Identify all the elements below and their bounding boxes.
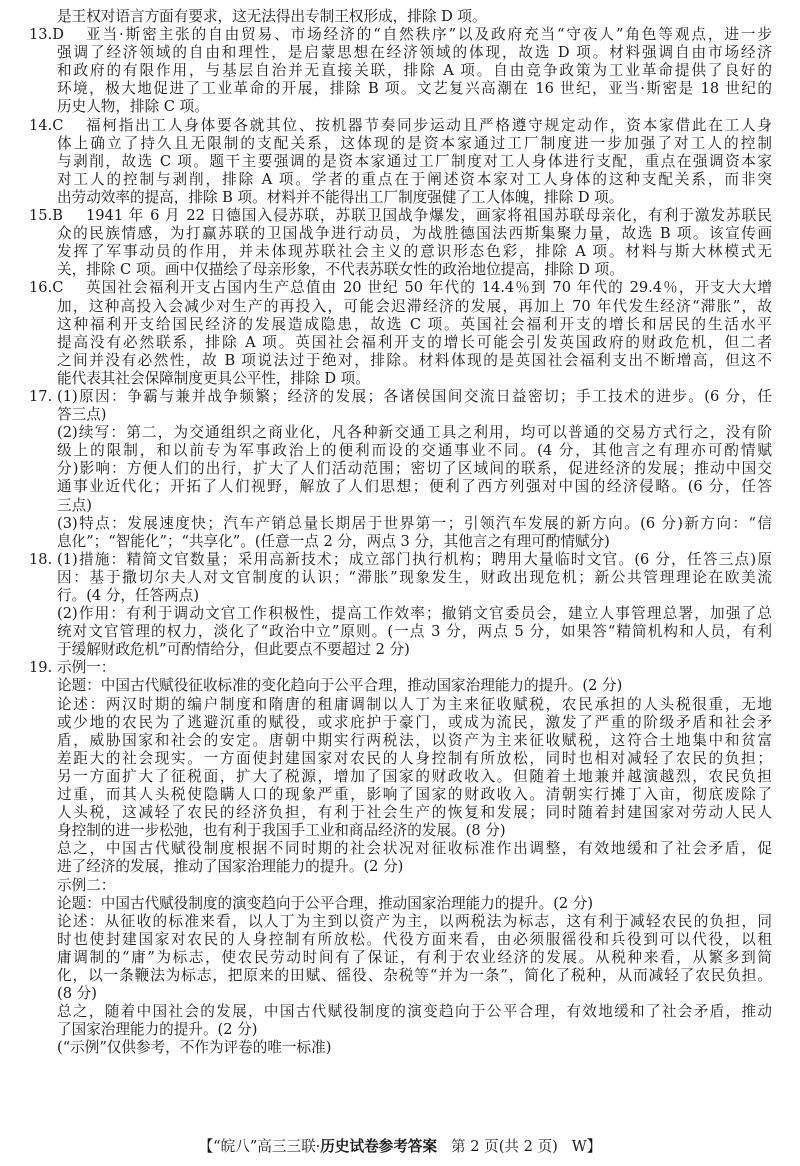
- line-text: 于缓解财政危机”可酌情给分，但此要点不要超过 2 分): [57, 641, 772, 659]
- line-text: 身控制的进一步松弛，也有利于我国手工业和商品经济的发展。(8 分): [57, 822, 772, 840]
- text-line: (“示例”仅供参考，不作为评卷的唯一标准): [0, 1039, 800, 1057]
- line-text: (8 分): [57, 985, 772, 1003]
- line-text: 体上确立了持久且无限制的支配关系，这体现的是资本家通过工厂制度进一步加强了对工人…: [57, 135, 772, 153]
- text-line: 于缓解财政危机”可酌情给分，但此要点不要超过 2 分): [0, 641, 800, 659]
- footer-doc-title: 历史试卷参考答案: [320, 1138, 437, 1155]
- line-text: 环境，极大地促进了工业革命的开展，排除 B 项。文艺复兴高潮在 16 世纪，亚当…: [57, 80, 772, 98]
- text-line: 总之，随着中国社会的发展，中国古代赋役制度的演变趋向于公平合理，有效地缓和了社会…: [0, 1003, 800, 1021]
- line-text: 之间并没有必然性，故 B 项说法过于绝对，排除。材料体现的是英国社会福利支出不断…: [57, 352, 772, 370]
- line-text: 对工人的控制与剥削，排除 A 项。学者的重点在于阐述资本家对工人身体的这种支配关…: [57, 171, 772, 189]
- line-text: 总之，中国古代赋役制度根据不同时期的社会状况对征收标准作出调整，有效地缓和了社会…: [57, 840, 772, 858]
- line-text: 示例一：: [57, 659, 772, 677]
- question-number: 17.: [29, 388, 52, 406]
- text-line: 出劳动效率的提高，排除 B 项。材料并不能得出工厂制度强健了工人体魄，排除 D …: [0, 189, 800, 207]
- text-line: 统对文官管理的权力，淡化了“政治中立”原则。(一点 3 分，两点 5 分，如果答…: [0, 623, 800, 641]
- line-text: 论题：中国古代赋役征收标准的变化趋向于公平合理，推动国家治理能力的提升。(2 分…: [57, 677, 772, 695]
- text-line: 通事业近代化；开拓了人们视野，解放了人们思想；便利了西方列强对中国的经济侵略。(…: [0, 478, 800, 496]
- text-line: 行。(4 分，任答两点): [0, 587, 800, 605]
- text-line: 过重，而其人头税使隐瞒人口的现象严重，影响了国家的财政收入。清朝实行摊丁入亩，彻…: [0, 786, 800, 804]
- text-line: 因：基于撒切尔夫人对文官制度的认识；“滞胀”现象发生，财政出现危机；新公共管理理…: [0, 569, 800, 587]
- text-line: 能代表其社会保障制度更具公平性，排除 D 项。: [0, 370, 800, 388]
- text-line: 论述：从征收的标准来看，以人丁为主到以资产为主，以两税法为标志，这有利于减轻农民…: [0, 913, 800, 931]
- line-text: (3)特点：发展速度快；汽车产销总量长期居于世界第一；引领汽车发展的新方向。(6…: [57, 515, 772, 533]
- question-number: 19.: [29, 659, 52, 677]
- line-text: 分)影响：方便人们的出行，扩大了人们活动范围；密切了区域间的联系，促进经济的发展…: [57, 460, 772, 478]
- line-text: (1)原因：争霸与兼并战争频繁；经济的发展；各诸侯国间交流日益密切；手工技术的进…: [57, 388, 772, 406]
- answer-item-start: 17.(1)原因：争霸与兼并战争频繁；经济的发展；各诸侯国间交流日益密切；手工技…: [0, 388, 800, 406]
- line-text: 人头税，这减轻了农民的经济负担，有利于社会生产的恢复和发展；同时随着封建国家对劳…: [57, 804, 772, 822]
- line-text: (2)续写：第二，为交通组织之商业化，凡各种新交通工具之利用，均可以普通的交易方…: [57, 424, 772, 442]
- question-number: 18.: [29, 551, 52, 569]
- line-text: 和政府的有限作用，与基层自治并无直接关联，排除 A 项。自由竞争政策为工业革命提…: [57, 62, 772, 80]
- line-text: 通事业近代化；开拓了人们视野，解放了人们思想；便利了西方列强对中国的经济侵略。(…: [57, 478, 772, 496]
- line-text: 关，排除 C 项。画中仅描绘了母亲形象，不代表苏联女性的政治地位提高，排除 D …: [57, 261, 772, 279]
- line-text: 加，这种高投入会减少对生产的再投入，可能会迟滞经济的发展，再加上 70 年代发生…: [57, 298, 772, 316]
- text-line: 或少地的农民为了逃避沉重的赋役，或求庇护于豪门，或成为流民，激发了严重的阶级矛盾…: [0, 714, 800, 732]
- line-text: 时也使封建国家对农民的人身控制有所放松。代役方面来看，由必须服徭役和兵役到可以代…: [57, 931, 772, 949]
- line-text: (1)措施：精简文官数量；采用高新技术；成立部门执行机构；聘用大量临时文官。(6…: [57, 551, 772, 569]
- text-line: 论题：中国古代赋役征收标准的变化趋向于公平合理，推动国家治理能力的提升。(2 分…: [0, 677, 800, 695]
- text-line: 历史人物，排除 C 项。: [0, 98, 800, 116]
- line-text: 三点): [57, 497, 772, 515]
- line-text: 1941 年 6 月 22 日德国入侵苏联，苏联卫国战争爆发，画家将祖国苏联母亲…: [86, 207, 772, 225]
- line-text: 总之，随着中国社会的发展，中国古代赋役制度的演变趋向于公平合理，有效地缓和了社会…: [57, 1003, 772, 1021]
- line-text: (“示例”仅供参考，不作为评卷的唯一标准): [57, 1039, 772, 1057]
- text-line: 是王权对语言方面有要求，这无法得出专制王权形成，排除 D 项。: [0, 8, 800, 26]
- line-text: 是王权对语言方面有要求，这无法得出专制王权形成，排除 D 项。: [57, 8, 772, 26]
- answer-item-start: 15.B1941 年 6 月 22 日德国入侵苏联，苏联卫国战争爆发，画家将祖国…: [0, 207, 800, 225]
- answer-key-body: 是王权对语言方面有要求，这无法得出专制王权形成，排除 D 项。13.D亚当·斯密…: [0, 8, 800, 1057]
- text-line: 人头税，这减轻了农民的经济负担，有利于社会生产的恢复和发展；同时随着封建国家对劳…: [0, 804, 800, 822]
- line-text: 出劳动效率的提高，排除 B 项。材料并不能得出工厂制度强健了工人体魄，排除 D …: [57, 189, 772, 207]
- line-text: 发挥了军事动员的作用，并未体现苏联社会主义的意识形态色彩，排除 A 项。材料与斯…: [57, 243, 772, 261]
- text-line: 对工人的控制与剥削，排除 A 项。学者的重点在于阐述资本家对工人身体的这种支配关…: [0, 171, 800, 189]
- text-line: 体上确立了持久且无限制的支配关系，这体现的是资本家通过工厂制度进一步加强了对工人…: [0, 135, 800, 153]
- line-text: 众的民族情感，为打赢苏联的卫国战争进行动员，为战胜德国法西斯集聚力量，故选 B …: [57, 225, 772, 243]
- text-line: 这种福利开支给国民经济的发展造成隐患，故选 C 项。英国社会福利开支的增长和居民…: [0, 316, 800, 334]
- text-line: 差距大的社会现实。一方面使封建国家对农民的人身控制有所放松，同时也相对减轻了农民…: [0, 750, 800, 768]
- answer-item-start: 19.示例一：: [0, 659, 800, 677]
- text-line: 总之，中国古代赋役制度根据不同时期的社会状况对征收标准作出调整，有效地缓和了社会…: [0, 840, 800, 858]
- footer-page-number: 第 2 页(共 2 页): [451, 1138, 558, 1155]
- line-text: 答三点): [57, 406, 772, 424]
- text-line: 和政府的有限作用，与基层自治并无直接关联，排除 A 项。自由竞争政策为工业革命提…: [0, 62, 800, 80]
- line-text: (2)作用：有利于调动文官工作积极性，提高工作效率；撤销文官委员会，建立人事管理…: [57, 605, 772, 623]
- text-line: 示例二：: [0, 877, 800, 895]
- text-line: (8 分): [0, 985, 800, 1003]
- line-text: 福柯指出工人身体要各就其位、按机器节奏同步运动且严格遵守规定动作，资本家借此在工…: [86, 117, 772, 135]
- line-text: 与剥削，故选 C 项。题干主要强调的是资本家通过工厂制度对工人身体进行支配，重点…: [57, 153, 772, 171]
- question-number: 14.C: [29, 117, 63, 135]
- line-text: 了国家治理能力的提升。(2 分): [57, 1021, 772, 1039]
- line-text: 英国社会福利开支占国内生产总值由 20 世纪 50 年代的 14.4％到 70 …: [86, 279, 772, 297]
- text-line: 另一方面扩大了征税面，扩大了税源，增加了国家的财政收入。但随着土地兼并越演越烈，…: [0, 768, 800, 786]
- line-text: 历史人物，排除 C 项。: [57, 98, 772, 116]
- line-text: 论述：两汉时期的编户制度和隋唐的租庸调制以人丁为主来征收赋税，农民承担的人头税很…: [57, 696, 772, 714]
- line-text: 因：基于撒切尔夫人对文官制度的认识；“滞胀”现象发生，财政出现危机；新公共管理理…: [57, 569, 772, 587]
- text-line: 之间并没有必然性，故 B 项说法过于绝对，排除。材料体现的是英国社会福利支出不断…: [0, 352, 800, 370]
- line-text: 庸调制的“庸”为标志，使农民劳动时间有了保证，有利于农业经济的发展。从税种来看，…: [57, 949, 772, 967]
- line-text: 示例二：: [57, 877, 772, 895]
- question-number: 16.C: [29, 279, 63, 297]
- text-line: 时也使封建国家对农民的人身控制有所放松。代役方面来看，由必须服徭役和兵役到可以代…: [0, 931, 800, 949]
- answer-item-start: 18.(1)措施：精简文官数量；采用高新技术；成立部门执行机构；聘用大量临时文官…: [0, 551, 800, 569]
- line-text: 论述：从征收的标准来看，以人丁为主到以资产为主，以两税法为标志，这有利于减轻农民…: [57, 913, 772, 931]
- text-line: 强调了经济领域的自由和理性，是启蒙思想在经济领域的体现，故选 D 项。材料强调自…: [0, 44, 800, 62]
- text-line: 了国家治理能力的提升。(2 分): [0, 1021, 800, 1039]
- line-text: 或少地的农民为了逃避沉重的赋役，或求庇护于豪门，或成为流民，激发了严重的阶级矛盾…: [57, 714, 772, 732]
- answer-item-start: 16.C英国社会福利开支占国内生产总值由 20 世纪 50 年代的 14.4％到…: [0, 279, 800, 297]
- text-line: 分)影响：方便人们的出行，扩大了人们活动范围；密切了区域间的联系，促进经济的发展…: [0, 460, 800, 478]
- text-line: 众的民族情感，为打赢苏联的卫国战争进行动员，为战胜德国法西斯集聚力量，故选 B …: [0, 225, 800, 243]
- question-number: 13.D: [29, 26, 64, 44]
- line-text: 级上的限制，和以前专为军事政治上的便利而设的交通事业不同。(4 分，其他言之有理…: [57, 442, 772, 460]
- line-text: 能代表其社会保障制度更具公平性，排除 D 项。: [57, 370, 772, 388]
- line-text: 行。(4 分，任答两点): [57, 587, 772, 605]
- text-line: 级上的限制，和以前专为军事政治上的便利而设的交通事业不同。(4 分，其他言之有理…: [0, 442, 800, 460]
- line-text: 另一方面扩大了征税面，扩大了税源，增加了国家的财政收入。但随着土地兼并越演越烈，…: [57, 768, 772, 786]
- line-text: 化，以一条鞭法为标志，把原来的田赋、徭役、杂税等“并为一条”，简化了税种，从而减…: [57, 967, 772, 985]
- text-line: 身控制的进一步松弛，也有利于我国手工业和商品经济的发展。(8 分): [0, 822, 800, 840]
- footer-code: W】: [572, 1138, 602, 1155]
- text-line: 化，以一条鞭法为标志，把原来的田赋、徭役、杂税等“并为一条”，简化了税种，从而减…: [0, 967, 800, 985]
- text-line: 发挥了军事动员的作用，并未体现苏联社会主义的意识形态色彩，排除 A 项。材料与斯…: [0, 243, 800, 261]
- line-text: 论题：中国古代赋役制度的演变趋向于公平合理，推动国家治理能力的提升。(2 分): [57, 895, 772, 913]
- page-footer: 【“皖八”高三三联·历史试卷参考答案 第 2 页(共 2 页) W】: [0, 1135, 800, 1156]
- line-text: 提高没有必然联系，排除 A 项。英国社会福利开支的增长可能会引发英国政府的财政危…: [57, 334, 772, 352]
- text-line: 提高没有必然联系，排除 A 项。英国社会福利开支的增长可能会引发英国政府的财政危…: [0, 334, 800, 352]
- line-text: 强调了经济领域的自由和理性，是启蒙思想在经济领域的体现，故选 D 项。材料强调自…: [57, 44, 772, 62]
- text-line: 答三点): [0, 406, 800, 424]
- text-line: 环境，极大地促进了工业革命的开展，排除 B 项。文艺复兴高潮在 16 世纪，亚当…: [0, 80, 800, 98]
- answer-item-start: 13.D亚当·斯密主张的自由贸易、市场经济的“自然秩序”以及政府充当“守夜人”角…: [0, 26, 800, 44]
- footer-exam-name: 【“皖八”高三三联·: [199, 1138, 321, 1155]
- text-line: 论题：中国古代赋役制度的演变趋向于公平合理，推动国家治理能力的提升。(2 分): [0, 895, 800, 913]
- text-line: 息化”；“智能化”；“共享化”。(任意一点 2 分，两点 3 分，其他言之有理可…: [0, 533, 800, 551]
- text-line: 进了经济的发展，推动了国家治理能力的提升。(2 分): [0, 858, 800, 876]
- line-text: 盾，威胁国家和社会的安定。唐朝中期实行两税法，以资产为主来征收赋税，这符合土地集…: [57, 732, 772, 750]
- line-text: 统对文官管理的权力，淡化了“政治中立”原则。(一点 3 分，两点 5 分，如果答…: [57, 623, 772, 641]
- line-text: 过重，而其人头税使隐瞒人口的现象严重，影响了国家的财政收入。清朝实行摊丁入亩，彻…: [57, 786, 772, 804]
- text-line: 关，排除 C 项。画中仅描绘了母亲形象，不代表苏联女性的政治地位提高，排除 D …: [0, 261, 800, 279]
- text-line: 庸调制的“庸”为标志，使农民劳动时间有了保证，有利于农业经济的发展。从税种来看，…: [0, 949, 800, 967]
- text-line: 三点): [0, 497, 800, 515]
- text-line: (3)特点：发展速度快；汽车产销总量长期居于世界第一；引领汽车发展的新方向。(6…: [0, 515, 800, 533]
- line-text: 进了经济的发展，推动了国家治理能力的提升。(2 分): [57, 858, 772, 876]
- line-text: 亚当·斯密主张的自由贸易、市场经济的“自然秩序”以及政府充当“守夜人”角色等观点…: [86, 26, 772, 44]
- question-number: 15.B: [29, 207, 63, 225]
- text-line: 盾，威胁国家和社会的安定。唐朝中期实行两税法，以资产为主来征收赋税，这符合土地集…: [0, 732, 800, 750]
- line-text: 息化”；“智能化”；“共享化”。(任意一点 2 分，两点 3 分，其他言之有理可…: [57, 533, 772, 551]
- text-line: 加，这种高投入会减少对生产的再投入，可能会迟滞经济的发展，再加上 70 年代发生…: [0, 298, 800, 316]
- text-line: (2)作用：有利于调动文官工作积极性，提高工作效率；撤销文官委员会，建立人事管理…: [0, 605, 800, 623]
- answer-item-start: 14.C福柯指出工人身体要各就其位、按机器节奏同步运动且严格遵守规定动作，资本家…: [0, 117, 800, 135]
- text-line: 论述：两汉时期的编户制度和隋唐的租庸调制以人丁为主来征收赋税，农民承担的人头税很…: [0, 696, 800, 714]
- text-line: (2)续写：第二，为交通组织之商业化，凡各种新交通工具之利用，均可以普通的交易方…: [0, 424, 800, 442]
- line-text: 这种福利开支给国民经济的发展造成隐患，故选 C 项。英国社会福利开支的增长和居民…: [57, 316, 772, 334]
- line-text: 差距大的社会现实。一方面使封建国家对农民的人身控制有所放松，同时也相对减轻了农民…: [57, 750, 772, 768]
- text-line: 与剥削，故选 C 项。题干主要强调的是资本家通过工厂制度对工人身体进行支配，重点…: [0, 153, 800, 171]
